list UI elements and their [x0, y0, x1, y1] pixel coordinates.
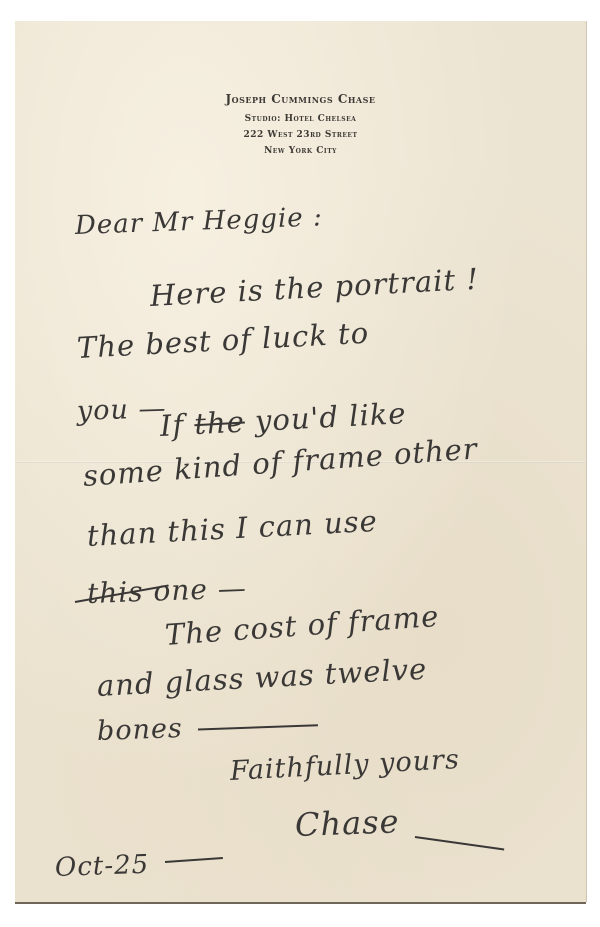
date-flourish	[165, 857, 223, 863]
letterhead-name: Joseph Cummings Chase	[15, 91, 586, 107]
letterhead-address: 222 West 23rd Street	[15, 127, 586, 143]
body-line-5: some kind of frame other	[82, 431, 479, 493]
letterhead: Joseph Cummings Chase Studio: Hotel Chel…	[15, 91, 586, 159]
body-words-this-one: this one —	[86, 571, 247, 610]
salutation: Dear Mr Heggie :	[74, 202, 323, 241]
body-word-if: If	[159, 408, 185, 443]
letter-sheet: Joseph Cummings Chase Studio: Hotel Chel…	[15, 21, 586, 902]
body-line-4: If the you'd like	[159, 396, 407, 443]
body-line-10: bones	[96, 708, 318, 747]
date: Oct-25	[54, 850, 149, 883]
letterhead-city: New York City	[15, 143, 586, 159]
body-line-7: this one —	[86, 571, 247, 610]
body-word-bones: bones	[96, 713, 183, 747]
body-line-9: and glass was twelve	[96, 652, 428, 703]
signature: Chase	[294, 802, 400, 844]
body-line-2: The best of luck to	[76, 316, 370, 365]
closing: Faithfully yours	[229, 744, 460, 787]
letterhead-studio: Studio: Hotel Chelsea	[15, 111, 586, 127]
struck-word: the	[193, 405, 245, 442]
body-line-6: than this I can use	[86, 504, 378, 553]
trailing-dash	[198, 724, 318, 730]
body-line-3: you —	[76, 393, 167, 427]
signature-flourish	[415, 836, 504, 851]
body-line-8: The cost of frame	[164, 599, 441, 652]
body-line-1: Here is the portrait !	[149, 262, 480, 313]
body-words-youd-like: you'd like	[254, 396, 407, 438]
